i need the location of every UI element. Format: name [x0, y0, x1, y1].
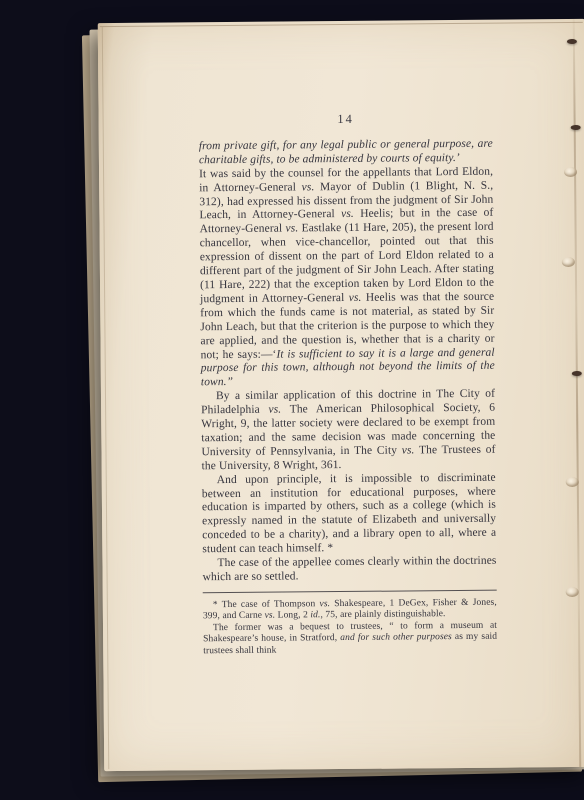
binding-hole: [564, 167, 577, 177]
body-paragraph-counsel-argument: It was said by the counsel for the appel…: [199, 165, 495, 390]
text-segment: and for such other purposes: [340, 632, 452, 643]
text-segment: Long, 2: [275, 611, 310, 621]
body-paragraph-principle: And upon principle, it is impossible to …: [202, 471, 497, 557]
book-page: 14 from private gift, for any legal publ…: [98, 19, 584, 771]
text-segment: The case of the appellee comes clearly w…: [203, 555, 497, 583]
text-segment: vs.: [319, 599, 330, 609]
text-segment: , 75, are plainly distinguishable.: [320, 610, 445, 621]
text-segment: vs.: [349, 292, 362, 304]
binding-stitch: [571, 125, 581, 130]
binding-hole: [562, 257, 575, 267]
book-page-photo: 14 from private gift, for any legal publ…: [0, 0, 584, 800]
text-segment: * The case of Thompson: [213, 599, 320, 610]
binding-stitch: [567, 39, 577, 44]
footnote-paragraph-bequest: The former was a bequest to trustees, “ …: [203, 621, 497, 658]
text-segment: vs.: [402, 444, 415, 456]
page-number: 14: [199, 112, 493, 128]
text-segment: vs.: [268, 404, 281, 416]
text-segment: vs.: [265, 611, 276, 621]
body-paragraph-conclusion: The case of the appellee comes clearly w…: [202, 555, 496, 585]
binding-hole: [566, 477, 579, 487]
footnote: * The case of Thompson vs. Shakespeare, …: [203, 598, 497, 658]
text-segment: And upon principle, it is impossible to …: [202, 471, 496, 555]
footnote-divider: [203, 590, 497, 594]
binding-stitch: [572, 371, 582, 376]
page-fold-line: [573, 19, 582, 767]
body-paragraph-quote-continuation: from private gift, for any legal public …: [199, 138, 493, 168]
body-paragraph-philadelphia-doctrine: By a similar application of this doctrin…: [201, 388, 496, 474]
text-segment: vs.: [302, 181, 315, 193]
text-segment: vs.: [285, 223, 298, 235]
binding-hole: [566, 587, 579, 597]
footnote-paragraph-cases: * The case of Thompson vs. Shakespeare, …: [203, 598, 497, 624]
text-segment: vs.: [341, 208, 354, 220]
text-segment: from private gift, for any legal public …: [199, 138, 493, 166]
text-block: 14 from private gift, for any legal publ…: [199, 112, 498, 658]
text-segment: id.: [310, 611, 320, 621]
